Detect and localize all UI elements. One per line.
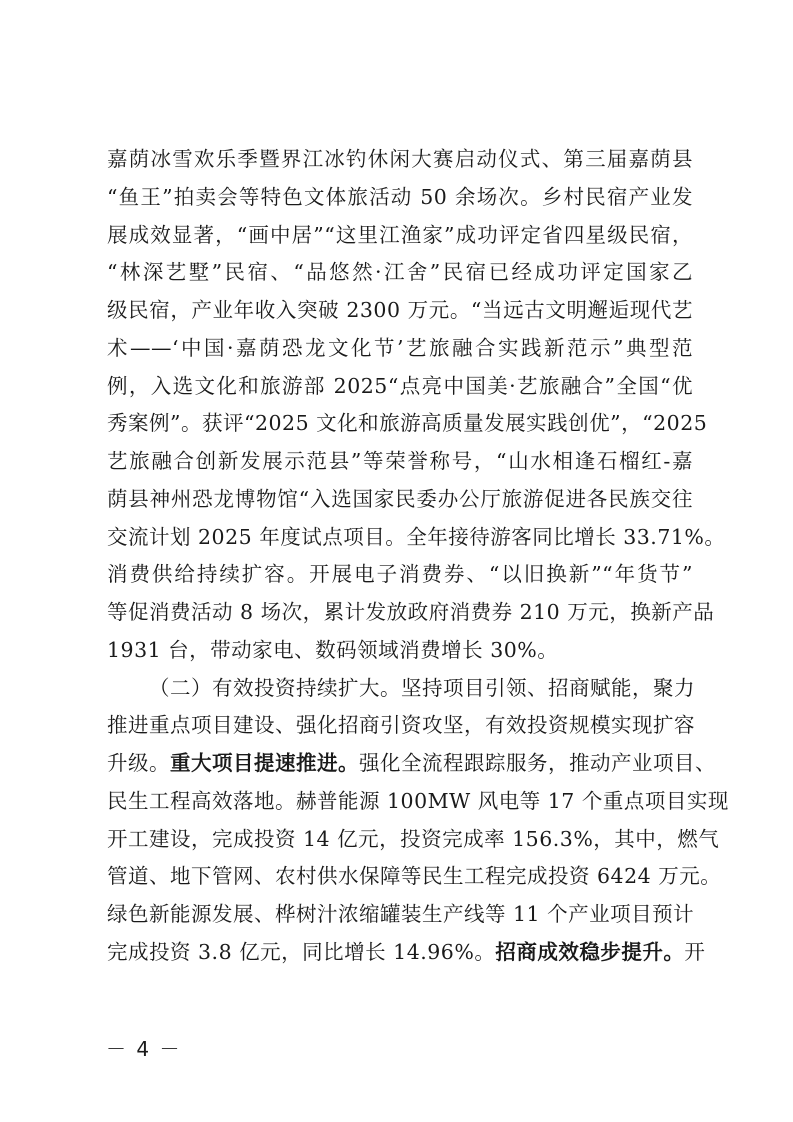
text-line: 级民宿，产业年收入突破 2300 万元。“当远古文明邂逅现代艺	[107, 292, 693, 330]
text-line: 交流计划 2025 年度试点项目。全年接待游客同比增长 33.71%。	[107, 519, 693, 557]
bold-subheading: 招商成效稳步提升。	[495, 940, 684, 964]
text-line: 消费供给持续扩容。开展电子消费券、“以旧换新”“年货节”	[107, 556, 693, 594]
text-line: 等促消费活动 8 场次，累计发放政府消费券 210 万元，换新产品	[107, 594, 693, 632]
text-run: 升级。	[107, 751, 170, 775]
text-run: 完成投资 3.8 亿元，同比增长 14.96%。	[107, 940, 495, 964]
text-line: 艺旅融合创新发展示范县”等荣誉称号，“山水相逢石榴红-嘉	[107, 443, 693, 481]
document-page: 嘉荫冰雪欢乐季暨界江冰钓休闲大赛启动仪式、第三届嘉荫县 “鱼王”拍卖会等特色文体…	[0, 0, 793, 1122]
text-line: 绿色新能源发展、桦树汁浓缩罐装生产线等 11 个产业项目预计	[107, 896, 693, 934]
text-line: 展成效显著，“画中居”“这里江渔家”成功评定省四星级民宿，	[107, 217, 693, 255]
text-line: 荫县神州恐龙博物馆“入选国家民委办公厅旅游促进各民族交往	[107, 481, 693, 519]
section-heading-line: （二）有效投资持续扩大。坚持项目引领、招商赋能，聚力	[107, 670, 693, 708]
text-line: 例，入选文化和旅游部 2025“点亮中国美·艺旅融合”全国“优	[107, 368, 693, 406]
bold-subheading: 重大项目提速推进。	[170, 751, 359, 775]
text-line: 秀案例”。获评“2025 文化和旅游高质量发展实践创优”，“2025	[107, 405, 693, 443]
text-line: 嘉荫冰雪欢乐季暨界江冰钓休闲大赛启动仪式、第三届嘉荫县	[107, 141, 693, 179]
text-line: 推进重点项目建设、强化招商引资攻坚，有效投资规模实现扩容	[107, 707, 693, 745]
text-run: 开	[684, 940, 705, 964]
text-line: 管道、地下管网、农村供水保障等民生工程完成投资 6424 万元。	[107, 858, 693, 896]
body-text: 嘉荫冰雪欢乐季暨界江冰钓休闲大赛启动仪式、第三届嘉荫县 “鱼王”拍卖会等特色文体…	[107, 141, 693, 972]
text-line: “鱼王”拍卖会等特色文体旅活动 50 余场次。乡村民宿产业发	[107, 179, 693, 217]
text-line: 开工建设，完成投资 14 亿元，投资完成率 156.3%，其中，燃气	[107, 821, 693, 859]
text-line: 民生工程高效落地。赫普能源 100MW 风电等 17 个重点项目实现	[107, 783, 693, 821]
text-line: 升级。重大项目提速推进。强化全流程跟踪服务，推动产业项目、	[107, 745, 693, 783]
text-line: 术——‘中国·嘉荫恐龙文化节’艺旅融合实践新范示”典型范	[107, 330, 693, 368]
text-line: “林深艺墅”民宿、“品悠然·江舍”民宿已经成功评定国家乙	[107, 254, 693, 292]
text-line: 1931 台，带动家电、数码领域消费增长 30%。	[107, 632, 693, 670]
text-run: 强化全流程跟踪服务，推动产业项目、	[359, 751, 716, 775]
text-line: 完成投资 3.8 亿元，同比增长 14.96%。招商成效稳步提升。开	[107, 934, 693, 972]
page-number: － 4 －	[106, 1033, 181, 1062]
